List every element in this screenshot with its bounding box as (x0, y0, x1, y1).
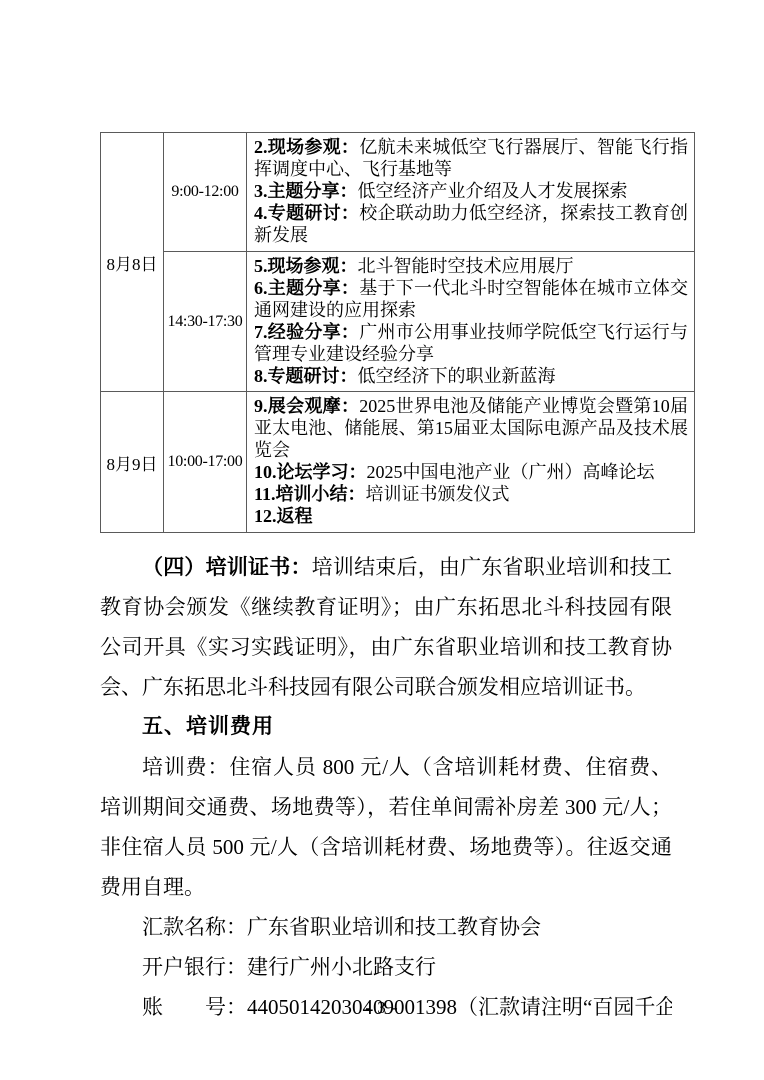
item-label: 11.培训小结： (254, 484, 366, 504)
schedule-item: 8.专题研讨：低空经济下的职业新蓝海 (254, 366, 688, 388)
schedule-items-morning: 2.现场参观：亿航未来城低空飞行器展厅、智能飞行指挥调度中心、飞行基地等 3.主… (247, 133, 695, 252)
fee-section-heading: 五、培训费用 (100, 707, 672, 747)
certificate-paragraph: （四）培训证书：培训结束后，由广东省职业培训和技工教育协会颁发《继续教育证明》；… (100, 547, 672, 707)
date-cell-aug9: 8月9日 (101, 392, 164, 533)
schedule-table: 8月8日 9:00-12:00 2.现场参观：亿航未来城低空飞行器展厅、智能飞行… (100, 132, 695, 533)
schedule-item: 2.现场参观：亿航未来城低空飞行器展厅、智能飞行指挥调度中心、飞行基地等 (254, 137, 688, 181)
item-label: 5.现场参观： (254, 256, 358, 276)
item-label: 2.现场参观： (254, 137, 359, 157)
certificate-label: （四）培训证书： (142, 555, 312, 579)
remit-name-line: 汇款名称：广东省职业培训和技工教育协会 (100, 907, 672, 947)
remit-name-label: 汇款名称： (142, 915, 247, 939)
document-content: 8月8日 9:00-12:00 2.现场参观：亿航未来城低空飞行器展厅、智能飞行… (100, 0, 672, 1027)
remit-name-value: 广东省职业培训和技工教育协会 (247, 915, 541, 939)
time-cell-afternoon: 14:30-17:30 (164, 251, 247, 392)
schedule-row-aug9: 8月9日 10:00-17:00 9.展会观摩：2025世界电池及储能产业博览会… (101, 392, 695, 533)
schedule-item: 6.主题分享：基于下一代北斗时空智能体在城市立体交通网建设的应用探索 (254, 278, 688, 322)
schedule-item: 4.专题研讨：校企联动助力低空经济，探索技工教育创新发展 (254, 203, 688, 247)
schedule-item: 3.主题分享：低空经济产业介绍及人才发展探索 (254, 181, 688, 203)
schedule-items-afternoon: 5.现场参观：北斗智能时空技术应用展厅 6.主题分享：基于下一代北斗时空智能体在… (247, 251, 695, 392)
remit-bank-value: 建行广州小北路支行 (247, 955, 436, 979)
item-text: 低空经济产业介绍及人才发展探索 (358, 181, 628, 201)
schedule-row-afternoon: 14:30-17:30 5.现场参观：北斗智能时空技术应用展厅 6.主题分享：基… (101, 251, 695, 392)
time-cell-aug9: 10:00-17:00 (164, 392, 247, 533)
schedule-item: 10.论坛学习：2025中国电池产业（广州）高峰论坛 (254, 462, 688, 484)
item-text: 北斗智能时空技术应用展厅 (358, 256, 574, 276)
page-number: - 3 - (0, 998, 764, 1018)
schedule-item: 12.返程 (254, 506, 688, 528)
remit-bank-line: 开户银行：建行广州小北路支行 (100, 947, 672, 987)
date-cell-aug8: 8月8日 (101, 133, 164, 392)
item-label: 3.主题分享： (254, 181, 358, 201)
item-label: 7.经验分享： (254, 322, 359, 342)
item-label: 6.主题分享： (254, 278, 359, 298)
document-page: 8月8日 9:00-12:00 2.现场参观：亿航未来城低空飞行器展厅、智能飞行… (0, 0, 764, 1080)
schedule-row-morning: 8月8日 9:00-12:00 2.现场参观：亿航未来城低空飞行器展厅、智能飞行… (101, 133, 695, 252)
schedule-item: 11.培训小结：培训证书颁发仪式 (254, 484, 688, 506)
schedule-items-aug9: 9.展会观摩：2025世界电池及储能产业博览会暨第10届亚太电池、储能展、第15… (247, 392, 695, 533)
item-label: 12.返程 (254, 506, 313, 526)
item-label: 8.专题研讨： (254, 366, 358, 386)
item-text: 低空经济下的职业新蓝海 (358, 366, 556, 386)
time-cell-morning: 9:00-12:00 (164, 133, 247, 252)
item-text: 培训证书颁发仪式 (366, 484, 510, 504)
fee-paragraph: 培训费：住宿人员 800 元/人（含培训耗材费、住宿费、培训期间交通费、场地费等… (100, 747, 672, 907)
schedule-item: 5.现场参观：北斗智能时空技术应用展厅 (254, 256, 688, 278)
schedule-item: 7.经验分享：广州市公用事业技师学院低空飞行运行与管理专业建设经验分享 (254, 322, 688, 366)
item-label: 10.论坛学习： (254, 462, 367, 482)
item-label: 4.专题研讨： (254, 203, 359, 223)
item-label: 9.展会观摩： (254, 396, 359, 416)
item-text: 2025中国电池产业（广州）高峰论坛 (367, 462, 655, 482)
schedule-item: 9.展会观摩：2025世界电池及储能产业博览会暨第10届亚太电池、储能展、第15… (254, 396, 688, 462)
remit-bank-label: 开户银行： (142, 955, 247, 979)
